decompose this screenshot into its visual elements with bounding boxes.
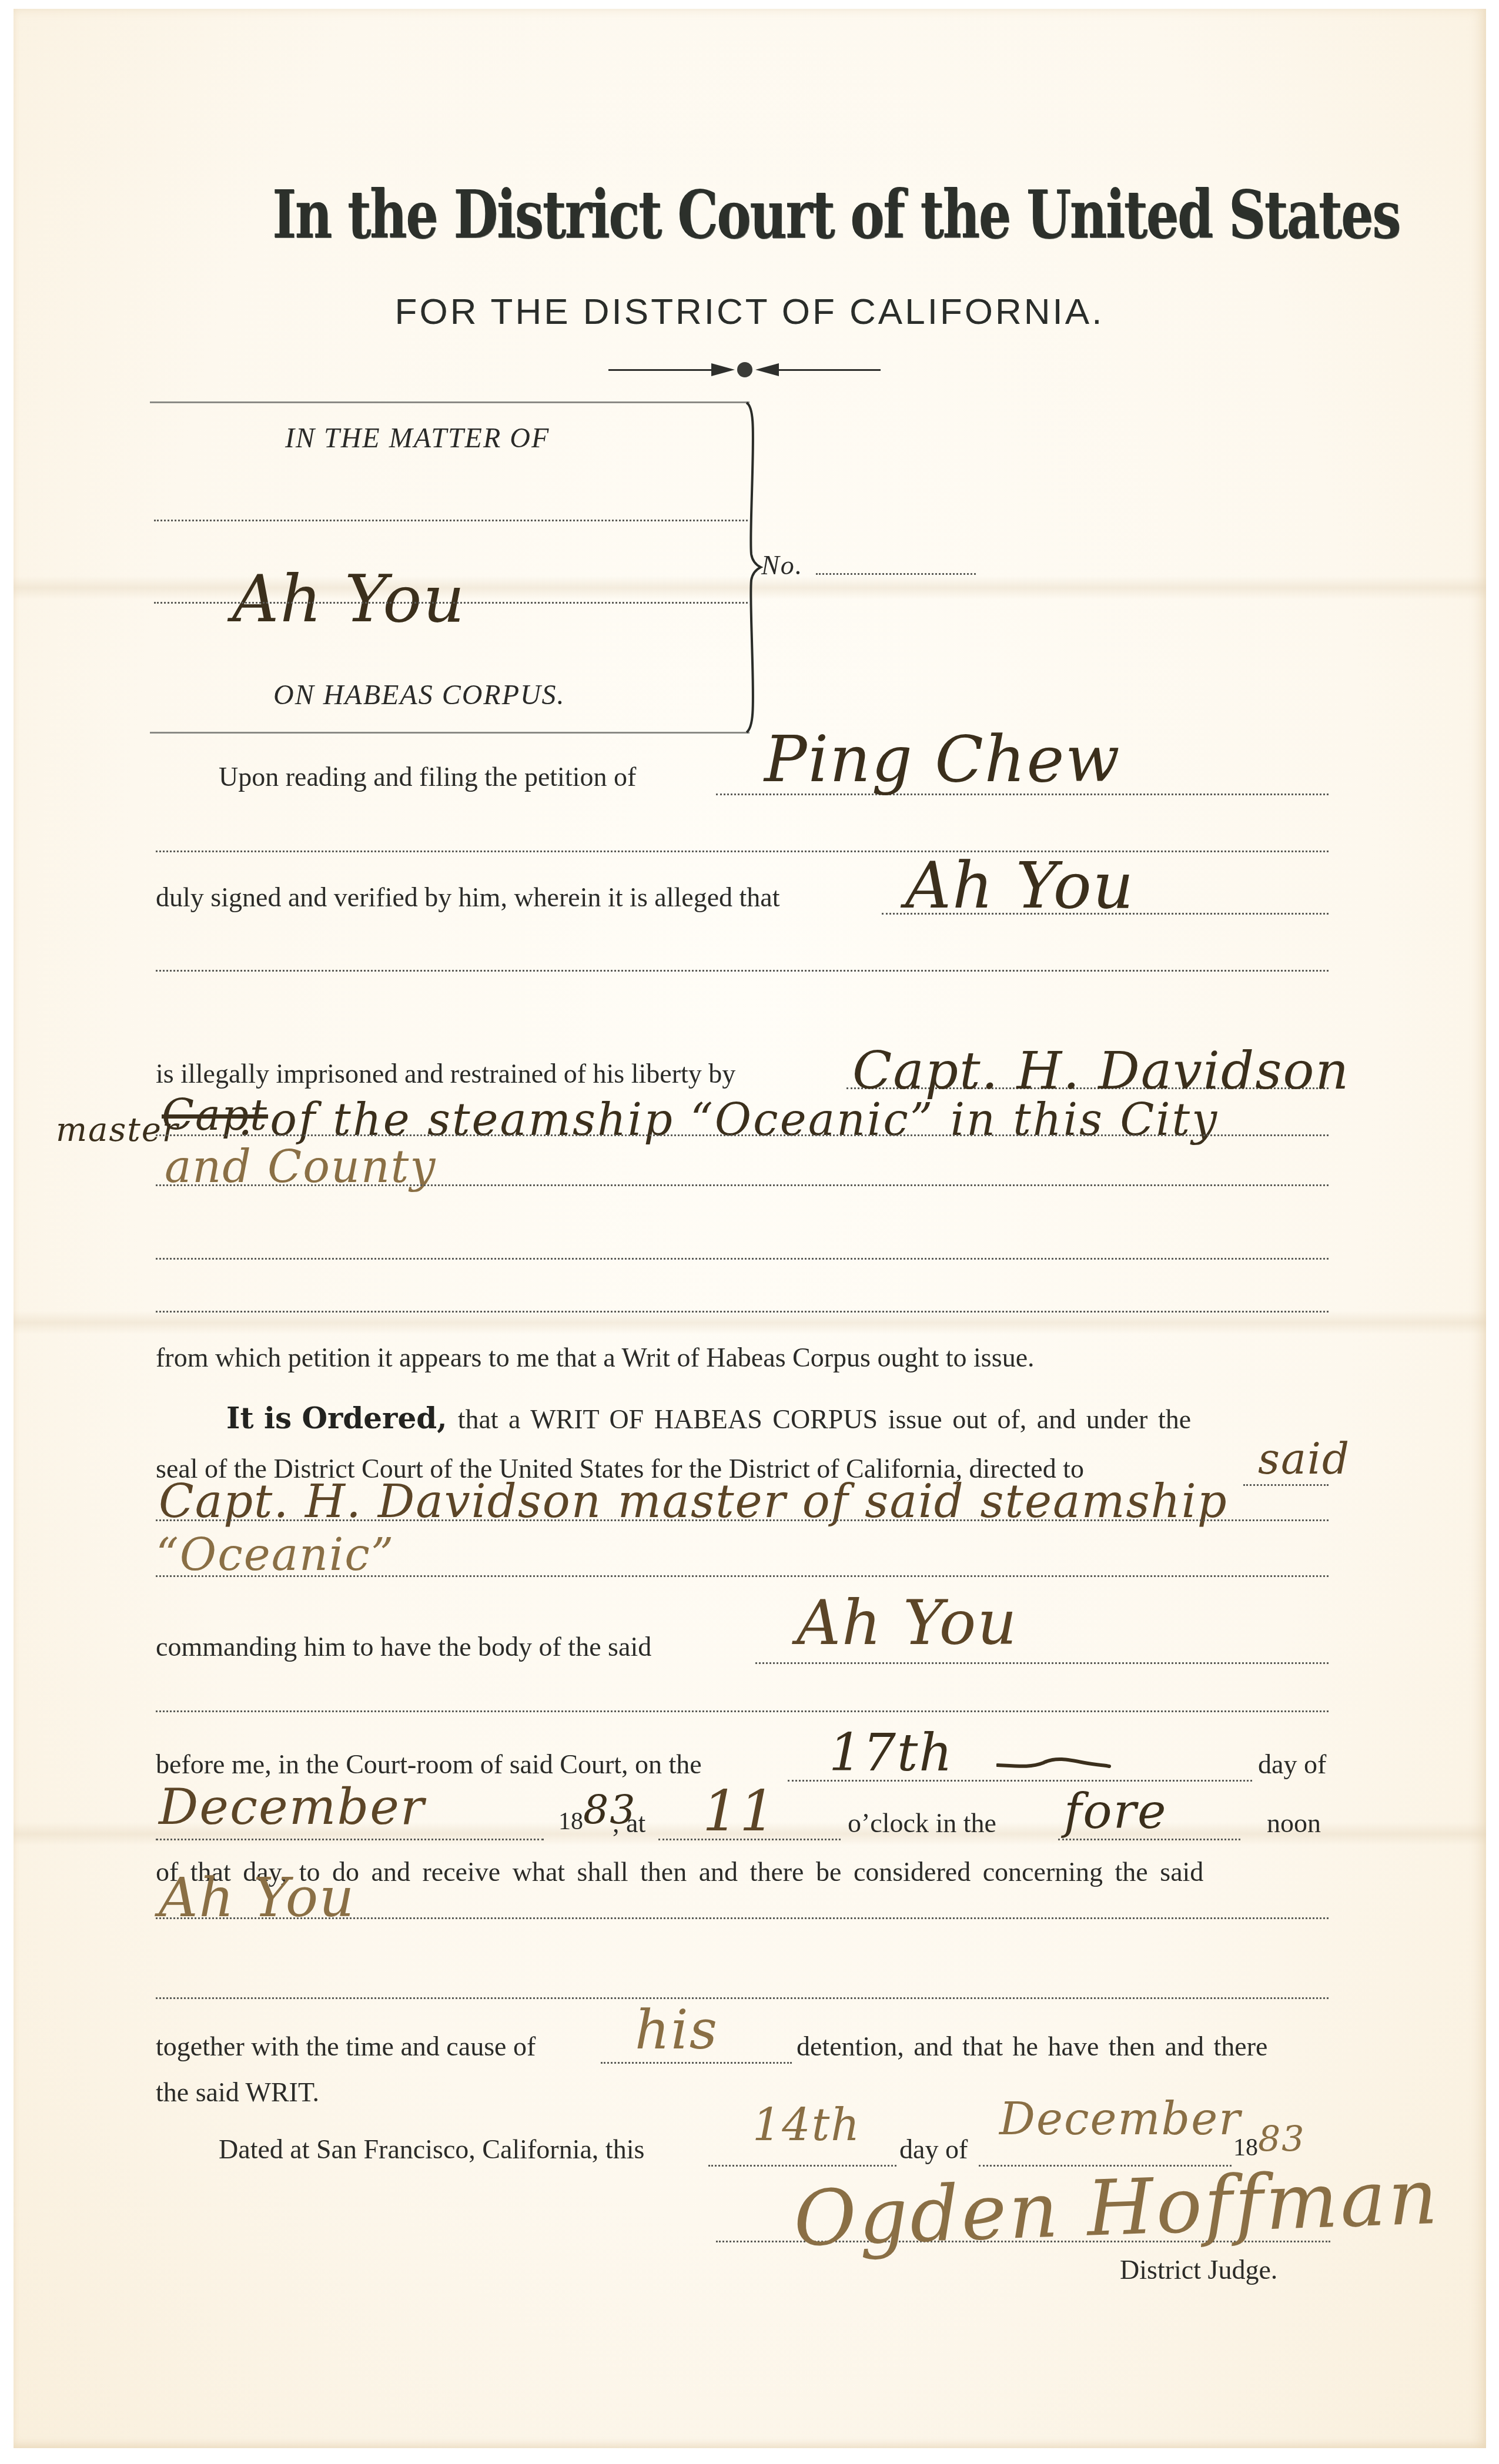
commanding-text: commanding him to have the body of the s… <box>156 1631 651 1662</box>
cause-pronoun: his <box>635 1998 718 2061</box>
paper-fold-crease <box>14 1311 1486 1334</box>
restrained-line-2 <box>156 1134 1329 1136</box>
caption-top-rule <box>150 401 749 403</box>
blank-line <box>156 1311 1329 1313</box>
concerning-person-name: Ah You <box>159 1866 355 1929</box>
appears-text: from which petition it appears to me tha… <box>156 1342 1035 1373</box>
blank-line <box>156 851 1329 852</box>
hearing-day: 17th <box>829 1722 953 1783</box>
blank-line <box>156 1184 1329 1186</box>
at-text: , at <box>613 1807 645 1839</box>
caption-blank-line <box>154 520 748 521</box>
cause-field-line <box>601 2062 792 2064</box>
directed-line-2 <box>156 1519 1329 1521</box>
dated-year: 83 <box>1258 2119 1305 2160</box>
blank-line <box>156 970 1329 972</box>
ordered-gothic-label: It is Ordered, <box>226 1401 447 1435</box>
ordered-clause: It is Ordered, that a WRIT OF HABEAS COR… <box>226 1401 1191 1435</box>
commanding-field-line <box>755 1662 1329 1664</box>
directed-field-line <box>1243 1484 1329 1486</box>
noon-text: noon <box>1267 1807 1321 1839</box>
together-suffix-text: detention, and that he have then and the… <box>797 2031 1267 2062</box>
hearing-hour: 11 <box>702 1778 777 1844</box>
petitioner-name: Ping Chew <box>764 723 1121 796</box>
hearing-month: December <box>159 1778 425 1836</box>
blank-line <box>156 1258 1329 1260</box>
oclock-text: o’clock in the <box>848 1807 996 1839</box>
handwritten-flourish-icon <box>996 1755 1111 1772</box>
month-field-line <box>156 1839 544 1840</box>
petition-text: Upon reading and filing the petition of <box>219 761 636 792</box>
year-prefix: 18 <box>558 1807 583 1836</box>
restrained-by-name: Capt. H. Davidson <box>852 1040 1350 1101</box>
commanding-person-name: Ah You <box>797 1587 1018 1659</box>
dated-month: December <box>999 2093 1241 2145</box>
ordered-text: that a WRIT OF HABEAS CORPUS issue out o… <box>458 1404 1192 1434</box>
court-district-subtitle: FOR THE DISTRICT OF CALIFORNIA. <box>0 291 1499 333</box>
caption-heading: IN THE MATTER OF <box>285 422 550 454</box>
said-writ-text: the said WRIT. <box>156 2077 319 2108</box>
blank-line <box>156 1710 1329 1712</box>
divider-ornament-icon <box>711 360 779 380</box>
restrained-vessel-text: . of the steamship “Oceanic” in this Cit… <box>238 1093 1219 1146</box>
dated-day: 14th <box>752 2098 861 2151</box>
margin-insert-master: master <box>56 1111 179 1149</box>
caption-footer: ON HABEAS CORPUS. <box>273 679 566 711</box>
court-title: In the District Court of the United Stat… <box>272 176 1203 253</box>
blank-line <box>156 1997 1329 1999</box>
alleged-text: duly signed and verified by him, wherein… <box>156 882 780 913</box>
day-of-text: day of <box>1258 1749 1326 1780</box>
restrained-text: is illegally imprisoned and restrained o… <box>156 1058 735 1089</box>
directed-said: said <box>1258 1434 1350 1484</box>
blank-line <box>156 1575 1329 1577</box>
caption-bottom-rule <box>150 732 749 734</box>
dated-day-field-line <box>708 2165 896 2167</box>
case-number-field[interactable] <box>816 573 976 575</box>
caption-party-name: Ah You <box>232 561 466 637</box>
before-text: before me, in the Court-room of said Cou… <box>156 1749 702 1780</box>
case-number-label: No. <box>761 550 803 581</box>
dated-day-of-text: day of <box>899 2134 968 2165</box>
directed-vessel-name: “Oceanic” <box>156 1528 395 1581</box>
dated-text: Dated at San Francisco, California, this <box>219 2134 644 2165</box>
together-text: together with the time and cause of <box>156 2031 536 2062</box>
signature-title: District Judge. <box>1120 2254 1277 2285</box>
alleged-person-name: Ah You <box>905 849 1135 923</box>
hearing-noon: fore <box>1064 1784 1167 1840</box>
caption-name-line <box>154 602 748 604</box>
